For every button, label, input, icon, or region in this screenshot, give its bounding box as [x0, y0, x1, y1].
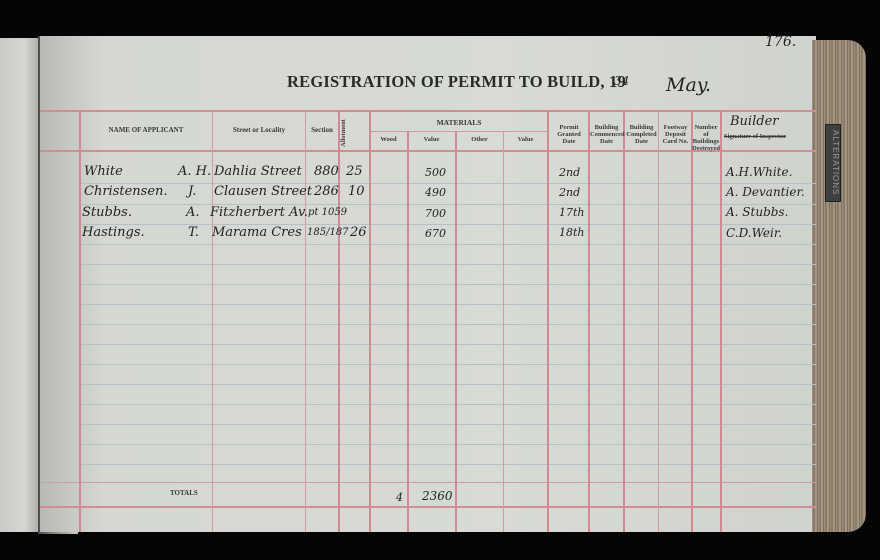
col-rule: [588, 110, 590, 532]
header-top-rule: [40, 110, 816, 112]
header-signature-inspector: Signature of Inspector: [724, 133, 814, 140]
header-building-commenced-date: Building Commenced Date: [590, 124, 623, 145]
surname: Christensen.: [84, 184, 168, 199]
ruled-line: [78, 244, 816, 245]
col-rule: [455, 131, 457, 532]
ruled-line: [78, 404, 816, 405]
surname: Stubbs.: [82, 205, 132, 220]
header-building-completed-date: Building Completed Date: [625, 124, 658, 145]
permit-date: 2nd: [559, 186, 580, 199]
year-suffix: 34: [614, 74, 629, 88]
month: May.: [666, 74, 711, 96]
header-value-other: Value: [504, 136, 547, 143]
initials: A. H.: [178, 164, 211, 179]
index-tab-label: ALTERATIONS: [826, 125, 840, 201]
col-rule: [691, 110, 693, 532]
value: 490: [425, 186, 446, 199]
header-wood: Wood: [370, 136, 407, 143]
section: pt 1059: [308, 207, 347, 218]
page-title: REGISTRATION OF PERMIT TO BUILD, 19: [287, 72, 626, 92]
header-section: Section: [306, 127, 338, 134]
totals-wood-count: 4: [396, 491, 403, 504]
builder: A. Devantier.: [726, 185, 805, 199]
ruled-line: [78, 304, 816, 305]
col-rule: [658, 110, 659, 532]
street: Dahlia Street: [214, 164, 302, 179]
ruled-line: [78, 364, 816, 365]
col-rule: [623, 110, 625, 532]
col-rule: [503, 131, 504, 532]
totals-value: 2360: [422, 489, 453, 503]
builder: C.D.Weir.: [726, 226, 782, 240]
col-rule: [720, 110, 722, 532]
ruled-line: [78, 464, 816, 465]
header-value: Value: [408, 136, 455, 143]
value: 500: [425, 166, 446, 179]
initials: J.: [188, 184, 196, 199]
header-other: Other: [456, 136, 503, 143]
surname: White: [84, 164, 123, 179]
permit-date: 17th: [559, 206, 585, 219]
materials-sub-rule: [370, 131, 548, 132]
value: 670: [425, 227, 446, 240]
section: 880: [314, 164, 339, 179]
ruled-line: [78, 384, 816, 385]
ruled-line: [78, 344, 816, 345]
section: 286: [314, 184, 339, 199]
page-number: 176.: [765, 34, 796, 50]
index-tab[interactable]: ALTERATIONS: [825, 124, 841, 202]
header-permit-granted-date: Permit Granted Date: [551, 124, 587, 145]
ruled-line: [78, 264, 816, 265]
totals-bottom-rule: [40, 506, 816, 508]
ruled-line: [78, 324, 816, 325]
header-name-of-applicant: NAME OF APPLICANT: [80, 127, 212, 134]
permit-date: 18th: [559, 226, 585, 239]
col-rule: [79, 110, 81, 532]
ruled-line: [78, 424, 816, 425]
builder: A.H.White.: [726, 165, 792, 179]
header-street: Street or Locality: [213, 127, 305, 134]
page-edges: [812, 40, 866, 532]
allotment: 25: [346, 164, 363, 179]
street: Fitzherbert Av.: [210, 205, 308, 220]
col-rule: [212, 110, 213, 532]
ruled-line: [78, 284, 816, 285]
allotment: 26: [350, 225, 367, 240]
builder: A. Stubbs.: [726, 205, 788, 219]
ruled-line: [78, 444, 816, 445]
totals-label: TOTALS: [170, 490, 210, 497]
header-footway-deposit: Footway Deposit Card No.: [660, 124, 691, 145]
col-rule: [305, 110, 306, 532]
permit-date: 2nd: [559, 166, 580, 179]
col-rule: [547, 110, 549, 532]
surname: Hastings.: [82, 225, 145, 240]
header-allotment: Allotment: [340, 118, 368, 148]
initials: T.: [188, 225, 199, 240]
header-materials: MATERIALS: [370, 119, 548, 126]
street: Clausen Street: [214, 184, 312, 199]
value: 700: [425, 207, 446, 220]
header-builder-handwritten: Builder: [730, 114, 778, 129]
allotment: 10: [348, 184, 365, 199]
col-rule: [369, 110, 371, 532]
initials: A.: [186, 205, 200, 220]
col-rule: [407, 131, 409, 532]
section: 185/187: [307, 227, 349, 238]
left-page: [0, 38, 40, 532]
street: Marama Cres: [212, 225, 302, 240]
header-buildings-destroyed: Number of Buildings Destroyed: [692, 124, 720, 152]
totals-top-rule: [40, 482, 816, 483]
